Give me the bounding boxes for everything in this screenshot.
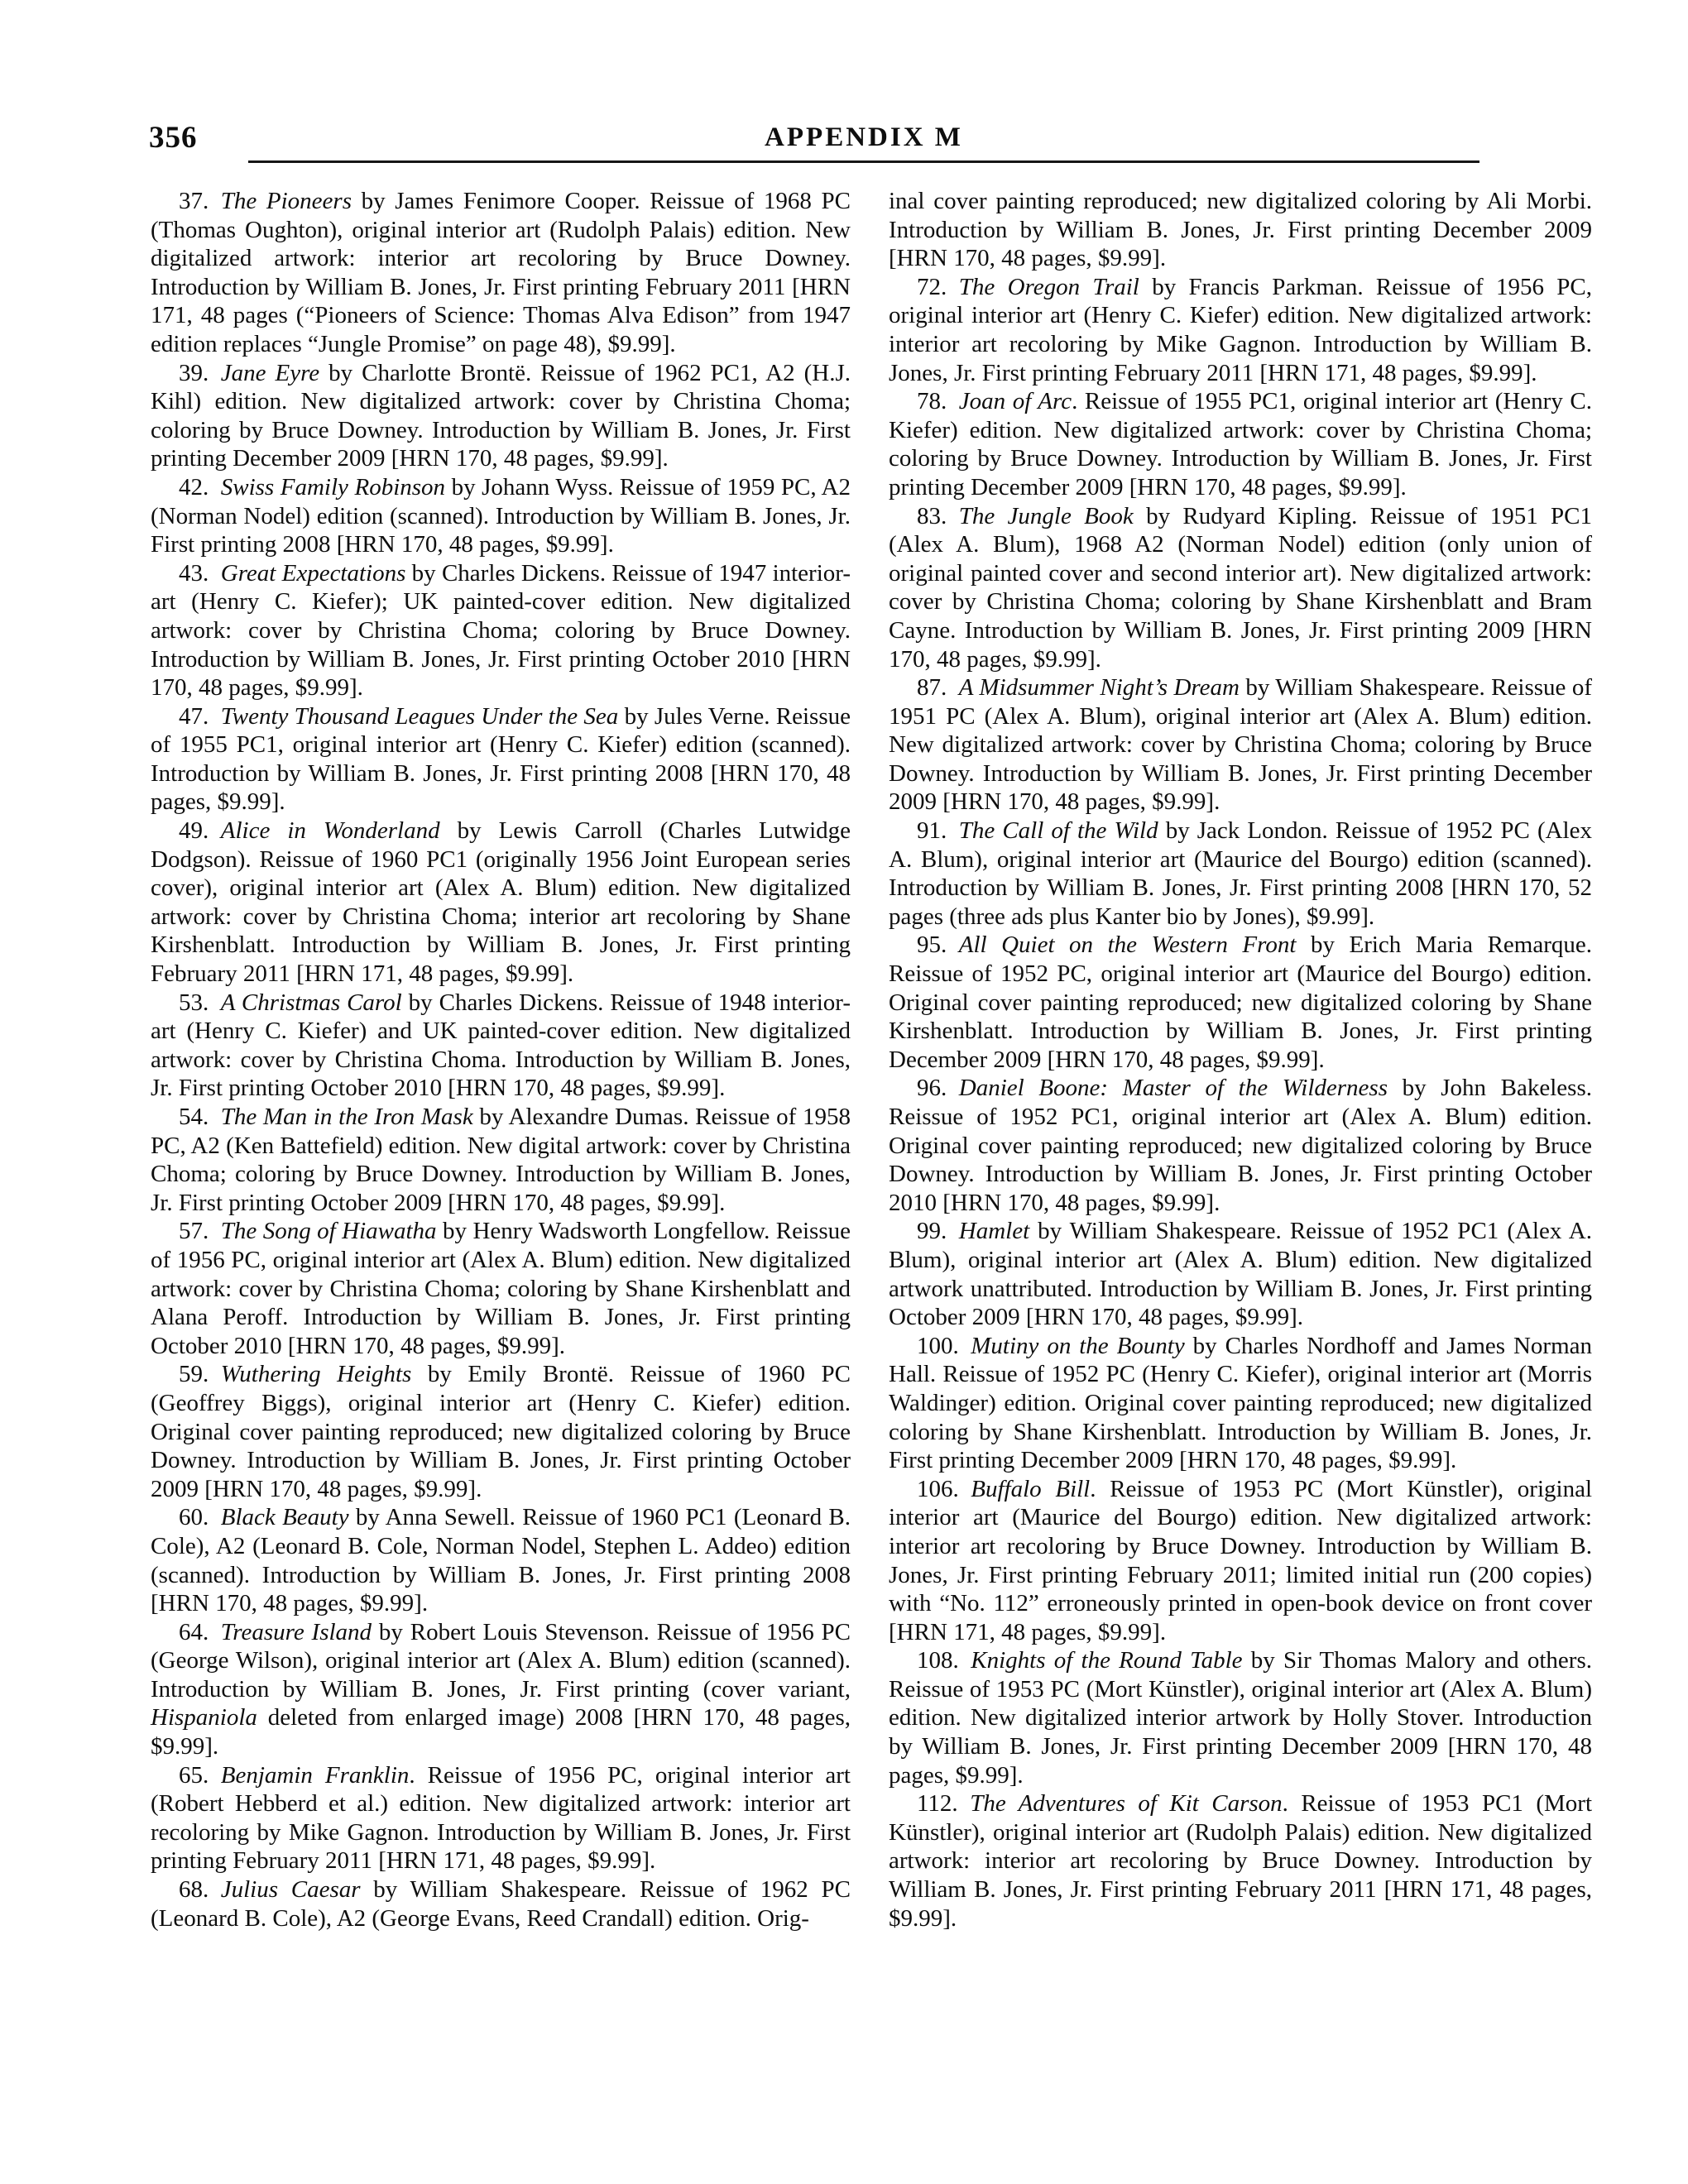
entry-text: 47.	[179, 703, 221, 730]
body-columns: 37. The Pioneers by James Fenimore Coope…	[151, 187, 1592, 1933]
entry-paragraph: 43. Great Expectations by Charles Dicken…	[151, 559, 851, 702]
book-title: Twenty Thousand Leagues Under the Sea	[221, 703, 619, 730]
right-column: inal cover painting reproduced; new digi…	[889, 187, 1592, 1933]
book-title: Mutiny on the Bounty	[971, 1333, 1184, 1359]
entry-paragraph: 54. The Man in the Iron Mask by Alexandr…	[151, 1103, 851, 1217]
entry-text: 53.	[179, 989, 221, 1016]
left-column: 37. The Pioneers by James Fenimore Coope…	[151, 187, 851, 1933]
entry-paragraph: 59. Wuthering Heights by Emily Brontë. R…	[151, 1360, 851, 1503]
entry-paragraph: 100. Mutiny on the Bounty by Charles Nor…	[889, 1332, 1592, 1475]
entry-text: 96.	[917, 1075, 959, 1101]
book-title: The Call of the Wild	[959, 817, 1158, 844]
entry-text: 57.	[179, 1218, 221, 1244]
book-title: The Man in the Iron Mask	[221, 1104, 473, 1130]
entry-text: 49.	[179, 817, 221, 844]
scanned-book-page: { "page": { "number": "356", "header": "…	[0, 0, 1688, 2184]
entry-text: 65.	[179, 1762, 221, 1789]
page-header: APPENDIX M	[248, 124, 1479, 151]
entry-text: 100.	[917, 1333, 971, 1359]
entry-text: 43.	[179, 560, 221, 587]
book-title: Knights of the Round Table	[971, 1647, 1242, 1674]
entry-text: 83.	[917, 503, 959, 529]
entry-paragraph: 39. Jane Eyre by Charlotte Brontë. Reiss…	[151, 359, 851, 473]
entry-paragraph: 37. The Pioneers by James Fenimore Coope…	[151, 187, 851, 359]
entry-paragraph: 99. Hamlet by William Shakespeare. Reiss…	[889, 1217, 1592, 1331]
book-title: Wuthering Heights	[221, 1361, 412, 1387]
entry-paragraph: 42. Swiss Family Robinson by Johann Wyss…	[151, 473, 851, 559]
book-title: Benjamin Franklin	[221, 1762, 410, 1789]
book-title: Jane Eyre	[221, 360, 319, 386]
entry-text: 78.	[917, 388, 959, 414]
entry-paragraph: 65. Benjamin Franklin. Reissue of 1956 P…	[151, 1761, 851, 1875]
entry-text: 106.	[917, 1476, 971, 1502]
entry-paragraph: 68. Julius Caesar by William Shakespeare…	[151, 1875, 851, 1933]
entry-paragraph: 106. Buffalo Bill. Reissue of 1953 PC (M…	[889, 1475, 1592, 1647]
entry-text: 72.	[917, 274, 959, 300]
entry-paragraph: 78. Joan of Arc. Reissue of 1955 PC1, or…	[889, 387, 1592, 501]
entry-paragraph: 96. Daniel Boone: Master of the Wilderne…	[889, 1074, 1592, 1217]
entry-text: 95.	[917, 932, 959, 958]
entry-text: 54.	[179, 1104, 221, 1130]
book-title: Daniel Boone: Master of the Wilderness	[959, 1075, 1388, 1101]
entry-text: 87.	[917, 674, 959, 701]
entry-text: 42.	[179, 474, 221, 500]
entry-paragraph: 83. The Jungle Book by Rudyard Kipling. …	[889, 502, 1592, 674]
entry-text: 37.	[179, 188, 221, 214]
entry-paragraph: 91. The Call of the Wild by Jack London.…	[889, 817, 1592, 931]
book-title: The Jungle Book	[959, 503, 1134, 529]
entry-text: 108.	[917, 1647, 971, 1674]
book-title: Treasure Island	[221, 1619, 372, 1645]
book-title: A Midsummer Night’s Dream	[959, 674, 1240, 701]
entry-text: 91.	[917, 817, 959, 844]
entry-text: 68.	[179, 1876, 221, 1903]
entry-paragraph: 112. The Adventures of Kit Carson. Reiss…	[889, 1789, 1592, 1933]
book-title: Alice in Wonderland	[221, 817, 440, 844]
entry-text: 39.	[179, 360, 221, 386]
entry-paragraph: 60. Black Beauty by Anna Sewell. Reissue…	[151, 1503, 851, 1617]
entry-paragraph: 53. A Christmas Carol by Charles Dickens…	[151, 989, 851, 1103]
entry-text: inal cover painting reproduced; new digi…	[889, 188, 1592, 271]
header-rule	[248, 160, 1479, 163]
entry-paragraph: 108. Knights of the Round Table by Sir T…	[889, 1646, 1592, 1789]
entry-paragraph: 87. A Midsummer Night’s Dream by William…	[889, 673, 1592, 817]
book-title: Hispaniola	[151, 1704, 257, 1731]
entry-paragraph: 95. All Quiet on the Western Front by Er…	[889, 931, 1592, 1074]
entry-paragraph: 72. The Oregon Trail by Francis Parkman.…	[889, 273, 1592, 387]
book-title: The Pioneers	[221, 188, 352, 214]
book-title: Julius Caesar	[221, 1876, 361, 1903]
book-title: All Quiet on the Western Front	[959, 932, 1297, 958]
entry-paragraph: 49. Alice in Wonderland by Lewis Carroll…	[151, 817, 851, 989]
book-title: Great Expectations	[221, 560, 406, 587]
entry-text: 64.	[179, 1619, 221, 1645]
entry-paragraph: inal cover painting reproduced; new digi…	[889, 187, 1592, 273]
entry-paragraph: 47. Twenty Thousand Leagues Under the Se…	[151, 702, 851, 817]
entry-paragraph: 57. The Song of Hiawatha by Henry Wadswo…	[151, 1217, 851, 1360]
book-title: A Christmas Carol	[221, 989, 402, 1016]
book-title: The Oregon Trail	[959, 274, 1139, 300]
book-title: Buffalo Bill	[971, 1476, 1090, 1502]
entry-text: 99.	[917, 1218, 959, 1244]
entry-text: 59.	[179, 1361, 221, 1387]
book-title: Joan of Arc	[959, 388, 1072, 414]
book-title: The Adventures of Kit Carson	[970, 1790, 1282, 1817]
book-title: Swiss Family Robinson	[221, 474, 445, 500]
book-title: Hamlet	[959, 1218, 1029, 1244]
page-number: 356	[149, 122, 198, 153]
entry-paragraph: 64. Treasure Island by Robert Louis Stev…	[151, 1618, 851, 1761]
entry-text: 112.	[917, 1790, 970, 1817]
book-title: The Song of Hiawatha	[221, 1218, 437, 1244]
entry-text: 60.	[179, 1504, 221, 1530]
book-title: Black Beauty	[221, 1504, 349, 1530]
